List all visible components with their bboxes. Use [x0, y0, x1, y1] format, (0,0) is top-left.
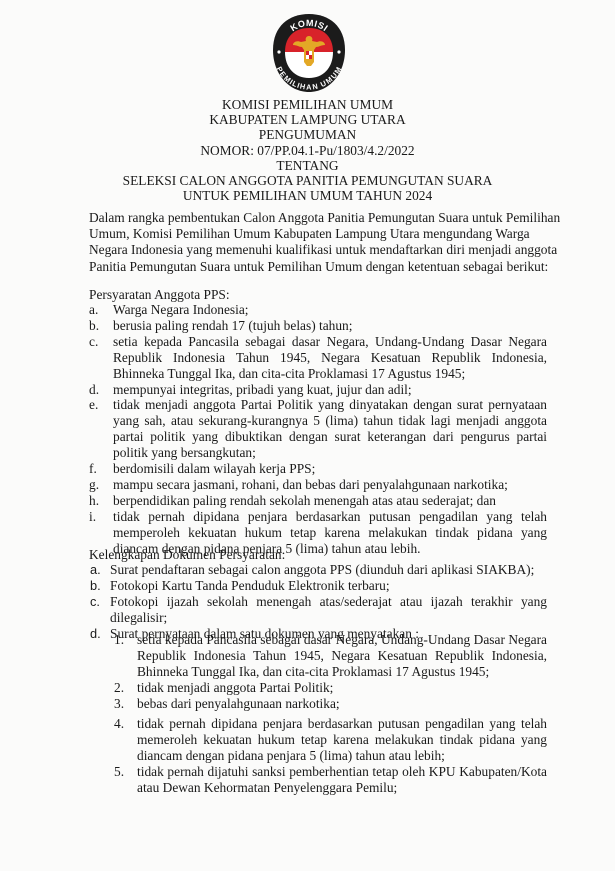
list-text: setia kepada Pancasila sebagai dasar Neg… — [113, 334, 547, 381]
header-subject: SELEKSI CALON ANGGOTA PANITIA PEMUNGUTAN… — [0, 173, 615, 188]
list-item: h.berpendidikan paling rendah sekolah me… — [89, 493, 547, 509]
list-marker: i. — [89, 509, 96, 525]
list-text: Warga Negara Indonesia; — [113, 302, 249, 317]
list-item: c.Fotokopi ijazah sekolah menengah atas/… — [89, 594, 547, 626]
list-marker: a. — [90, 562, 101, 578]
requirements-title: Persyaratan Anggota PPS: — [89, 287, 230, 303]
list-text: tidak pernah dipidana penjara berdasarka… — [137, 716, 547, 763]
list-marker: 1. — [114, 632, 124, 648]
list-text: tidak menjadi anggota Partai Politik; — [137, 680, 333, 695]
list-text: mempunyai integritas, pribadi yang kuat,… — [113, 382, 412, 397]
list-marker: d. — [90, 626, 101, 642]
list-text: tidak menjadi anggota Partai Politik yan… — [113, 397, 547, 460]
list-text: setia kepada Pancasila sebagai dasar Neg… — [137, 632, 547, 679]
list-marker: b. — [90, 578, 101, 594]
list-text: tidak pernah dijatuhi sanksi pemberhenti… — [137, 764, 547, 795]
list-marker: c. — [90, 594, 100, 610]
header-announcement: PENGUMUMAN — [0, 127, 615, 142]
list-item: 5.tidak pernah dijatuhi sanksi pemberhen… — [114, 764, 547, 796]
list-marker: g. — [89, 477, 99, 493]
list-item: 4.tidak pernah dipidana penjara berdasar… — [114, 716, 547, 764]
list-item: b.berusia paling rendah 17 (tujuh belas)… — [89, 318, 547, 334]
list-text: Surat pendaftaran sebagai calon anggota … — [110, 562, 534, 577]
intro-line: Umum, Komisi Pemilihan Umum Kabupaten La… — [89, 226, 549, 242]
list-item: b.Fotokopi Kartu Tanda Penduduk Elektron… — [89, 578, 547, 594]
announcement-page: KOMISI PEMILIHAN UMUM KOMISI PEMILIHAN U… — [0, 0, 615, 871]
documents-list: a.Surat pendaftaran sebagai calon anggot… — [89, 562, 547, 642]
list-text: berusia paling rendah 17 (tujuh belas) t… — [113, 318, 352, 333]
list-marker: h. — [89, 493, 99, 509]
list-marker: d. — [89, 382, 99, 398]
list-item: a.Warga Negara Indonesia; — [89, 302, 547, 318]
list-text: bebas dari penyalahgunaan narkotika; — [137, 696, 340, 711]
statement-list: 1.setia kepada Pancasila sebagai dasar N… — [114, 632, 547, 712]
intro-line: Panitia Pemungutan Suara untuk Pemilihan… — [89, 259, 549, 275]
list-text: Fotokopi ijazah sekolah menengah atas/se… — [110, 594, 547, 625]
intro-line: Dalam rangka pembentukan Calon Anggota P… — [89, 210, 549, 226]
list-item: 3.bebas dari penyalahgunaan narkotika; — [114, 696, 547, 712]
header-about: TENTANG — [0, 158, 615, 173]
header-regency: KABUPATEN LAMPUNG UTARA — [0, 112, 615, 127]
list-marker: f. — [89, 461, 97, 477]
list-marker: 5. — [114, 764, 124, 780]
list-item: g.mampu secara jasmani, rohani, dan beba… — [89, 477, 547, 493]
requirements-list: a.Warga Negara Indonesia; b.berusia pali… — [89, 302, 547, 557]
list-marker: a. — [89, 302, 98, 318]
list-marker: 2. — [114, 680, 124, 696]
list-item: a.Surat pendaftaran sebagai calon anggot… — [89, 562, 547, 578]
list-text: berpendidikan paling rendah sekolah mene… — [113, 493, 496, 508]
list-item: d.mempunyai integritas, pribadi yang kua… — [89, 382, 547, 398]
list-item: 1.setia kepada Pancasila sebagai dasar N… — [114, 632, 547, 680]
intro-line: Negara Indonesia yang memenuhi kualifika… — [89, 242, 549, 258]
list-item: f.berdomisili dalam wilayah kerja PPS; — [89, 461, 547, 477]
list-item: c.setia kepada Pancasila sebagai dasar N… — [89, 334, 547, 382]
intro-paragraph: Dalam rangka pembentukan Calon Anggota P… — [89, 210, 549, 275]
header-subject-cont: UNTUK PEMILIHAN UMUM TAHUN 2024 — [0, 188, 615, 203]
list-text: Fotokopi Kartu Tanda Penduduk Elektronik… — [110, 578, 390, 593]
document-header: KOMISI PEMILIHAN UMUM KABUPATEN LAMPUNG … — [0, 97, 615, 203]
header-institution: KOMISI PEMILIHAN UMUM — [0, 97, 615, 112]
header-number: NOMOR: 07/PP.04.1-Pu/1803/4.2/2022 — [0, 143, 615, 158]
list-item: e.tidak menjadi anggota Partai Politik y… — [89, 397, 547, 461]
statement-list-cont: 4.tidak pernah dipidana penjara berdasar… — [114, 716, 547, 796]
kpu-logo-icon: KOMISI PEMILIHAN UMUM — [271, 12, 347, 94]
documents-title: Kelengkapan Dokumen Persyaratan: — [89, 547, 285, 563]
list-item: 2.tidak menjadi anggota Partai Politik; — [114, 680, 547, 696]
list-text: mampu secara jasmani, rohani, dan bebas … — [113, 477, 508, 492]
list-marker: 4. — [114, 716, 124, 732]
list-marker: e. — [89, 397, 98, 413]
list-marker: b. — [89, 318, 99, 334]
list-marker: 3. — [114, 696, 124, 712]
list-text: berdomisili dalam wilayah kerja PPS; — [113, 461, 315, 476]
list-marker: c. — [89, 334, 98, 350]
